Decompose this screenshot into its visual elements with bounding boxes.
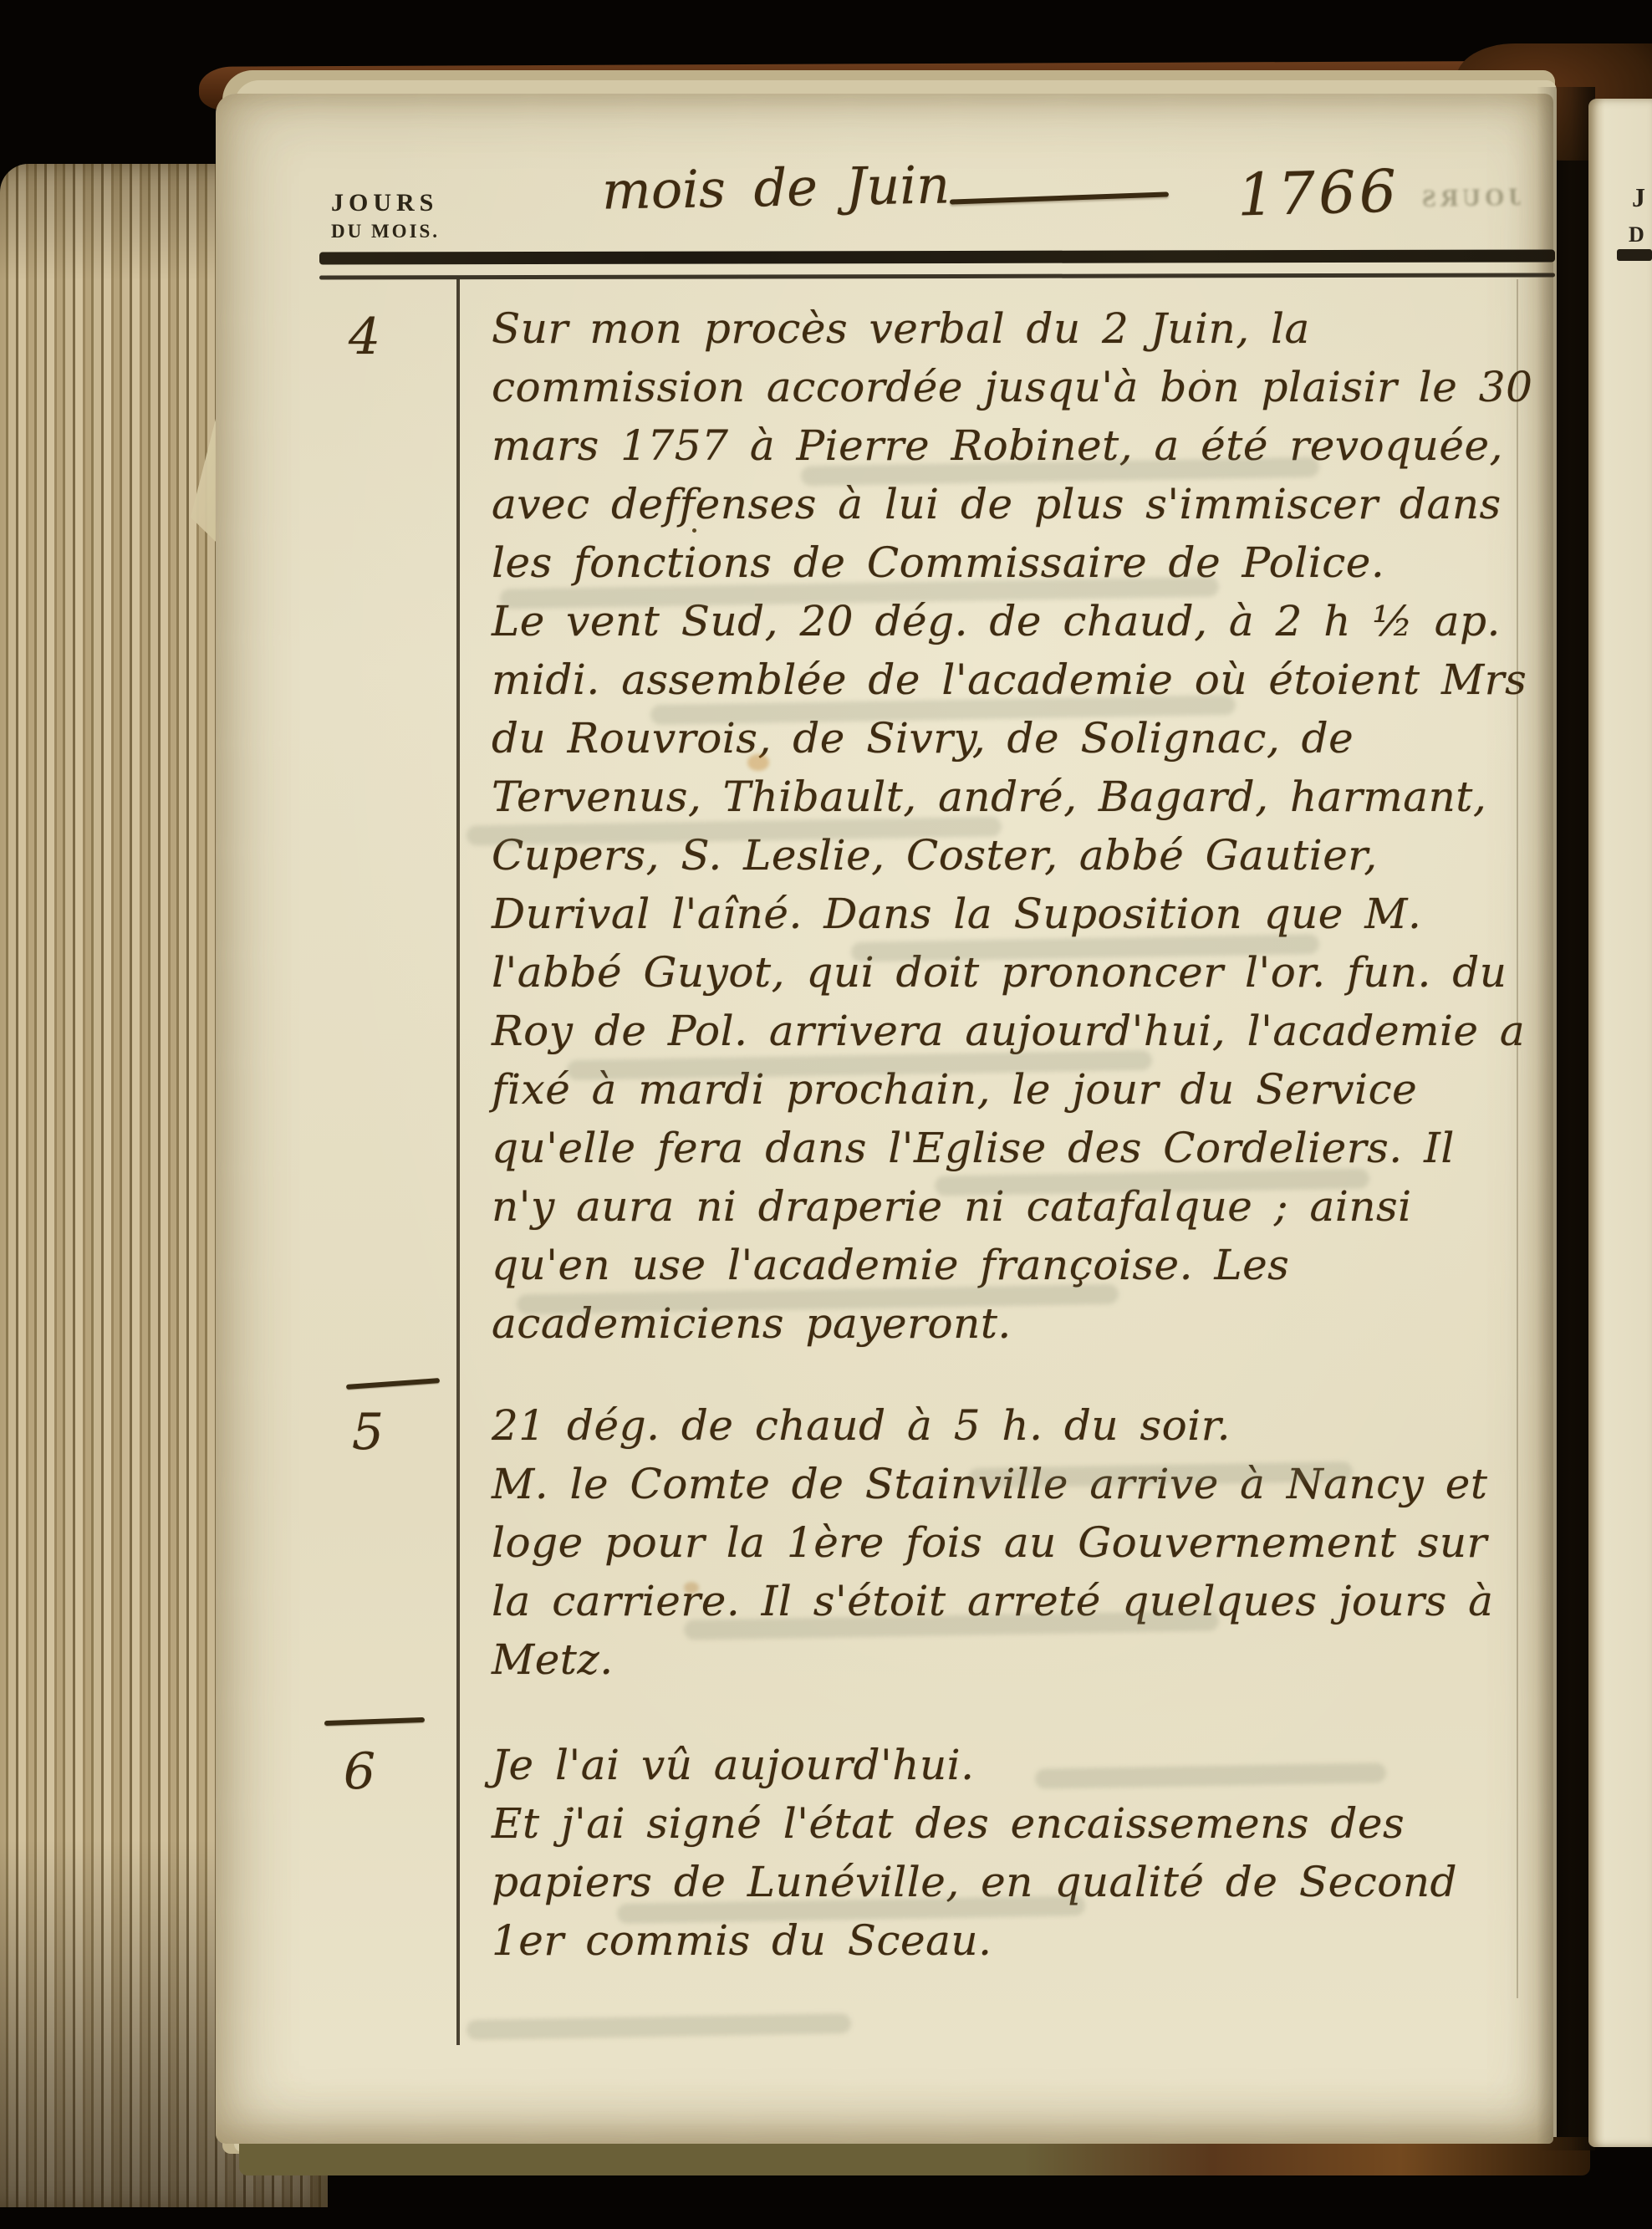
entry-6-paragraph-2: Et j'ai signé l'état des encaissemens de… — [492, 1794, 1538, 1970]
entry-6-separator-dash — [324, 1717, 425, 1726]
paper-speck — [692, 528, 696, 533]
year-label: 1766 — [1236, 156, 1400, 229]
header-rule-thick — [319, 249, 1555, 264]
day-column-divider — [456, 279, 460, 2045]
title-flourish-dash — [950, 191, 1169, 204]
facing-page-letter-1: J — [1632, 182, 1645, 213]
ink-stain — [684, 1582, 699, 1594]
day-number-4: 4 — [314, 308, 415, 366]
header-rule-thin — [319, 273, 1555, 279]
paper-speck — [567, 1808, 571, 1811]
bleedthrough-header-text: JOURS — [1418, 183, 1522, 213]
bleedthrough-mark — [467, 2013, 851, 2040]
day-number-6: 6 — [309, 1742, 410, 1801]
entry-5-paragraph-1: 21 dég. de chaud à 5 h. du soir. — [492, 1396, 1538, 1455]
printed-header-line1: JOURS — [331, 189, 438, 217]
day-number-5: 5 — [318, 1403, 418, 1461]
entry-4-paragraph-1: Sur mon procès verbal du 2 Juin, la comm… — [492, 299, 1538, 592]
printed-header-line2: DU MOIS. — [331, 221, 440, 242]
ink-stain — [747, 754, 769, 771]
month-title: mois de Juin — [601, 154, 950, 221]
entry-5-text: 21 dég. de chaud à 5 h. du soir. M. le C… — [492, 1396, 1538, 1689]
facing-page-letter-2: D — [1629, 222, 1644, 247]
entry-5-separator-dash — [346, 1378, 440, 1390]
main-page: JOURS DU MOIS. mois de Juin 1766 JOURS 4… — [216, 94, 1553, 2144]
book-photo: JOURS DU MOIS. mois de Juin 1766 JOURS 4… — [0, 0, 1652, 2229]
entry-5-paragraph-2: M. le Comte de Stainville arrive à Nancy… — [492, 1455, 1538, 1689]
facing-page-sliver: J D — [1588, 99, 1652, 2147]
facing-page-rule-stub — [1617, 249, 1652, 261]
paper-speck — [1202, 370, 1206, 373]
book-gutter-shadow — [1537, 87, 1595, 2150]
